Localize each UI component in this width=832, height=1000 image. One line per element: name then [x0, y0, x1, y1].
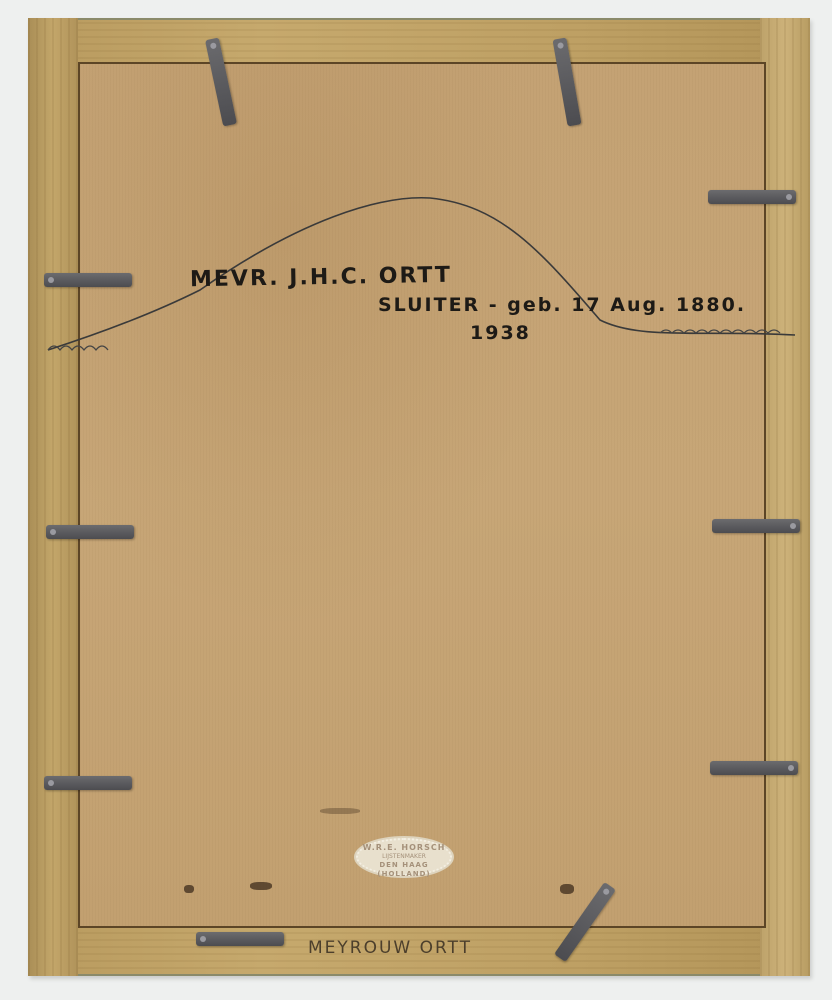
stain [560, 884, 574, 894]
stain [320, 808, 360, 814]
framer-label-trade: LIJSTENMAKER [358, 852, 450, 861]
frame-pencil-note: MEYROUW ORTT [308, 938, 472, 958]
inscription-name: MEVR. J.H.C. ORTT [190, 263, 452, 293]
stain [250, 882, 272, 890]
stain [184, 885, 194, 893]
inscription-birth: SLUITER - geb. 17 Aug. 1880. [378, 294, 746, 316]
inscription-year: 1938 [470, 322, 531, 344]
framer-label-city: DEN HAAG (HOLLAND) [358, 861, 450, 879]
framer-label-name: W.R.E. HORSCH [358, 843, 450, 852]
framer-label: W.R.E. HORSCH LIJSTENMAKER DEN HAAG (HOL… [356, 838, 452, 876]
